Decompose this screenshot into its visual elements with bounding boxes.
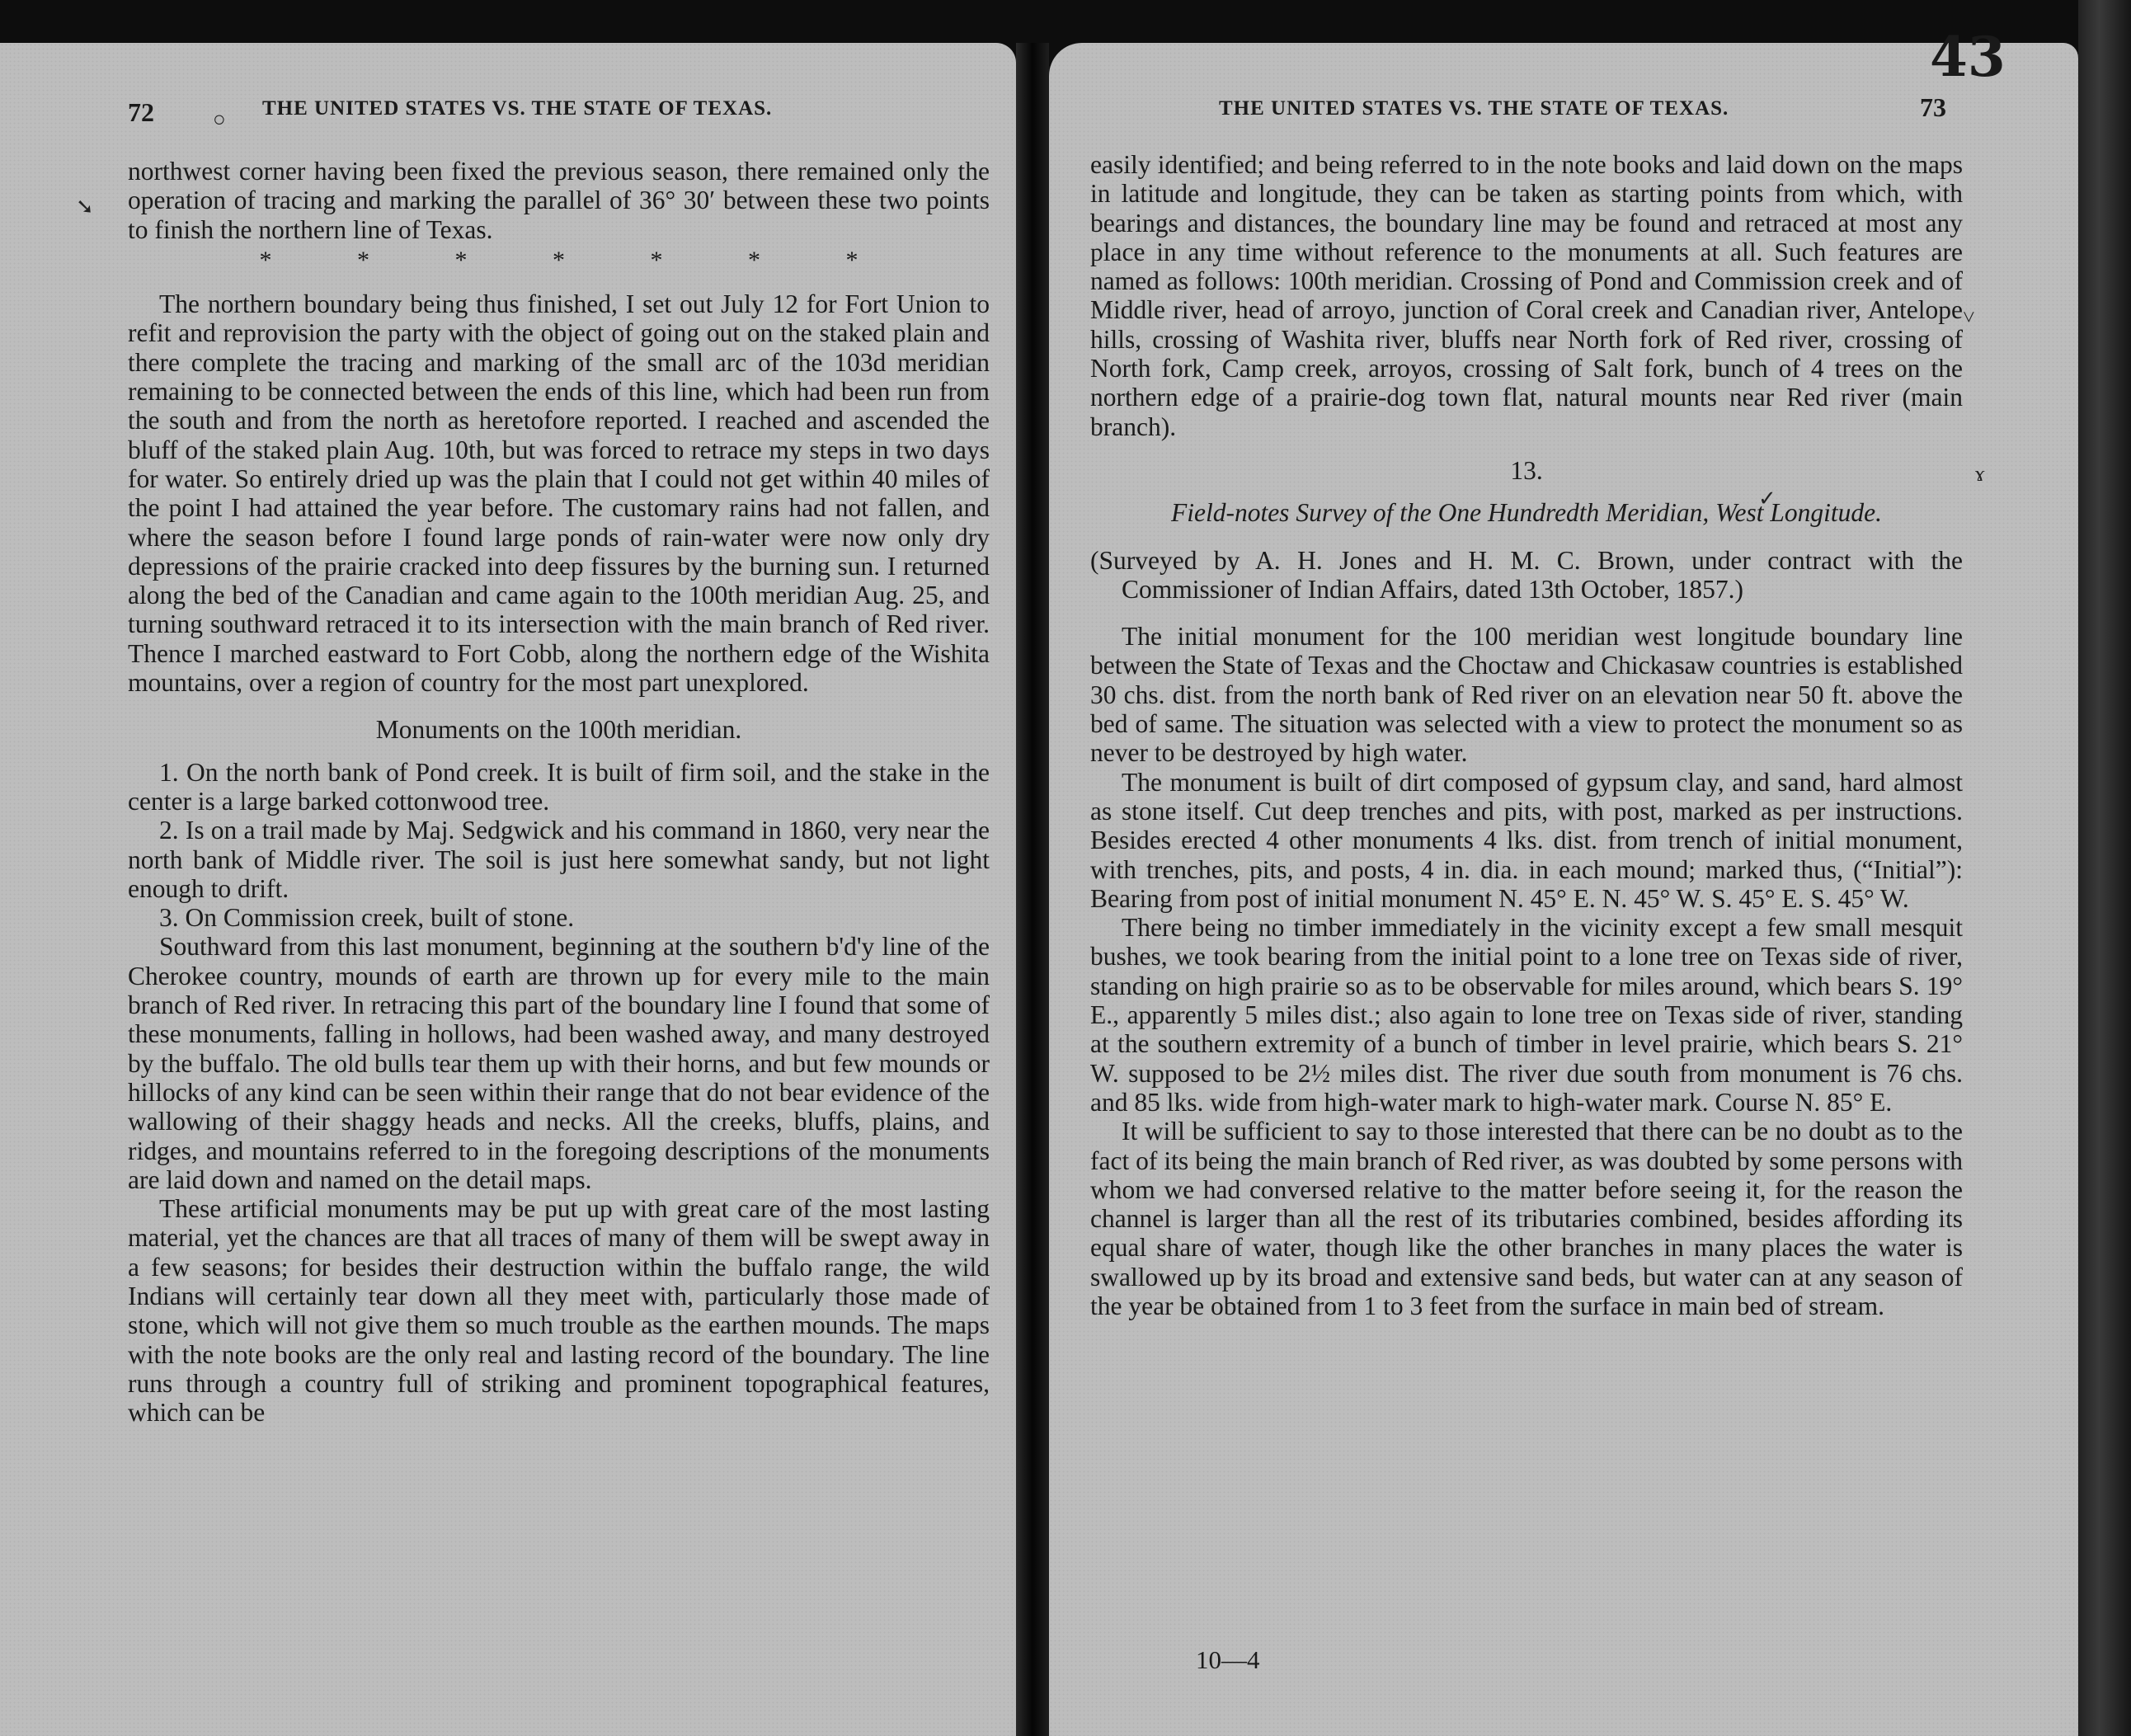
circle-mark-icon: ○ xyxy=(213,107,226,132)
monument-item: 1. On the north bank of Pond creek. It i… xyxy=(128,758,990,816)
monument-item: 2. Is on a trail made by Maj. Sedgwick a… xyxy=(128,816,990,903)
right-page-body: easily identified; and being referred to… xyxy=(1090,150,1963,1320)
left-page-number: 72 xyxy=(128,97,154,128)
stamp-number: 43 xyxy=(1930,25,2006,89)
paragraph: It will be sufficient to say to those in… xyxy=(1090,1117,1963,1320)
paragraph: Southward from this last monument, begin… xyxy=(128,932,990,1194)
pencil-arrow-mark-icon: ➘ xyxy=(76,195,94,219)
section-heading: Monuments on the 100th meridian. xyxy=(128,715,990,744)
right-page-number: 73 xyxy=(1920,92,1946,123)
section-separator: * * * * * * * xyxy=(128,246,990,275)
paragraph: The initial monument for the 100 meridia… xyxy=(1090,622,1963,767)
monument-item: 3. On Commission creek, built of stone. xyxy=(128,903,990,932)
continued-paragraph: easily identified; and being referred to… xyxy=(1090,150,1963,441)
section-title: Field-notes Survey of the One Hundredth … xyxy=(1090,498,1963,527)
pencil-tick-mark-icon: ɤ xyxy=(1975,462,1985,487)
book-gutter xyxy=(1016,43,1049,1736)
pencil-check-mark-icon: ✓ xyxy=(1758,487,1776,511)
book-edge-right xyxy=(2078,0,2131,1736)
left-page-body: northwest corner having been fixed the p… xyxy=(128,157,990,1427)
survey-note: (Surveyed by A. H. Jones and H. M. C. Br… xyxy=(1090,546,1963,605)
paragraph: The monument is built of dirt composed o… xyxy=(1090,768,1963,913)
signature-mark: 10—4 xyxy=(1196,1645,1260,1675)
paragraph: These artificial monuments may be put up… xyxy=(128,1194,990,1427)
section-number: 13. xyxy=(1090,456,1963,485)
pencil-tick-mark-icon: ˅ xyxy=(1963,305,1975,330)
paragraph: There being no timber immediately in the… xyxy=(1090,913,1963,1117)
paragraph: The northern boundary being thus finishe… xyxy=(128,289,990,697)
right-running-head: THE UNITED STATES VS. THE STATE OF TEXAS… xyxy=(1219,97,1821,134)
left-running-head: THE UNITED STATES VS. THE STATE OF TEXAS… xyxy=(262,97,864,134)
continued-paragraph: northwest corner having been fixed the p… xyxy=(128,157,990,244)
